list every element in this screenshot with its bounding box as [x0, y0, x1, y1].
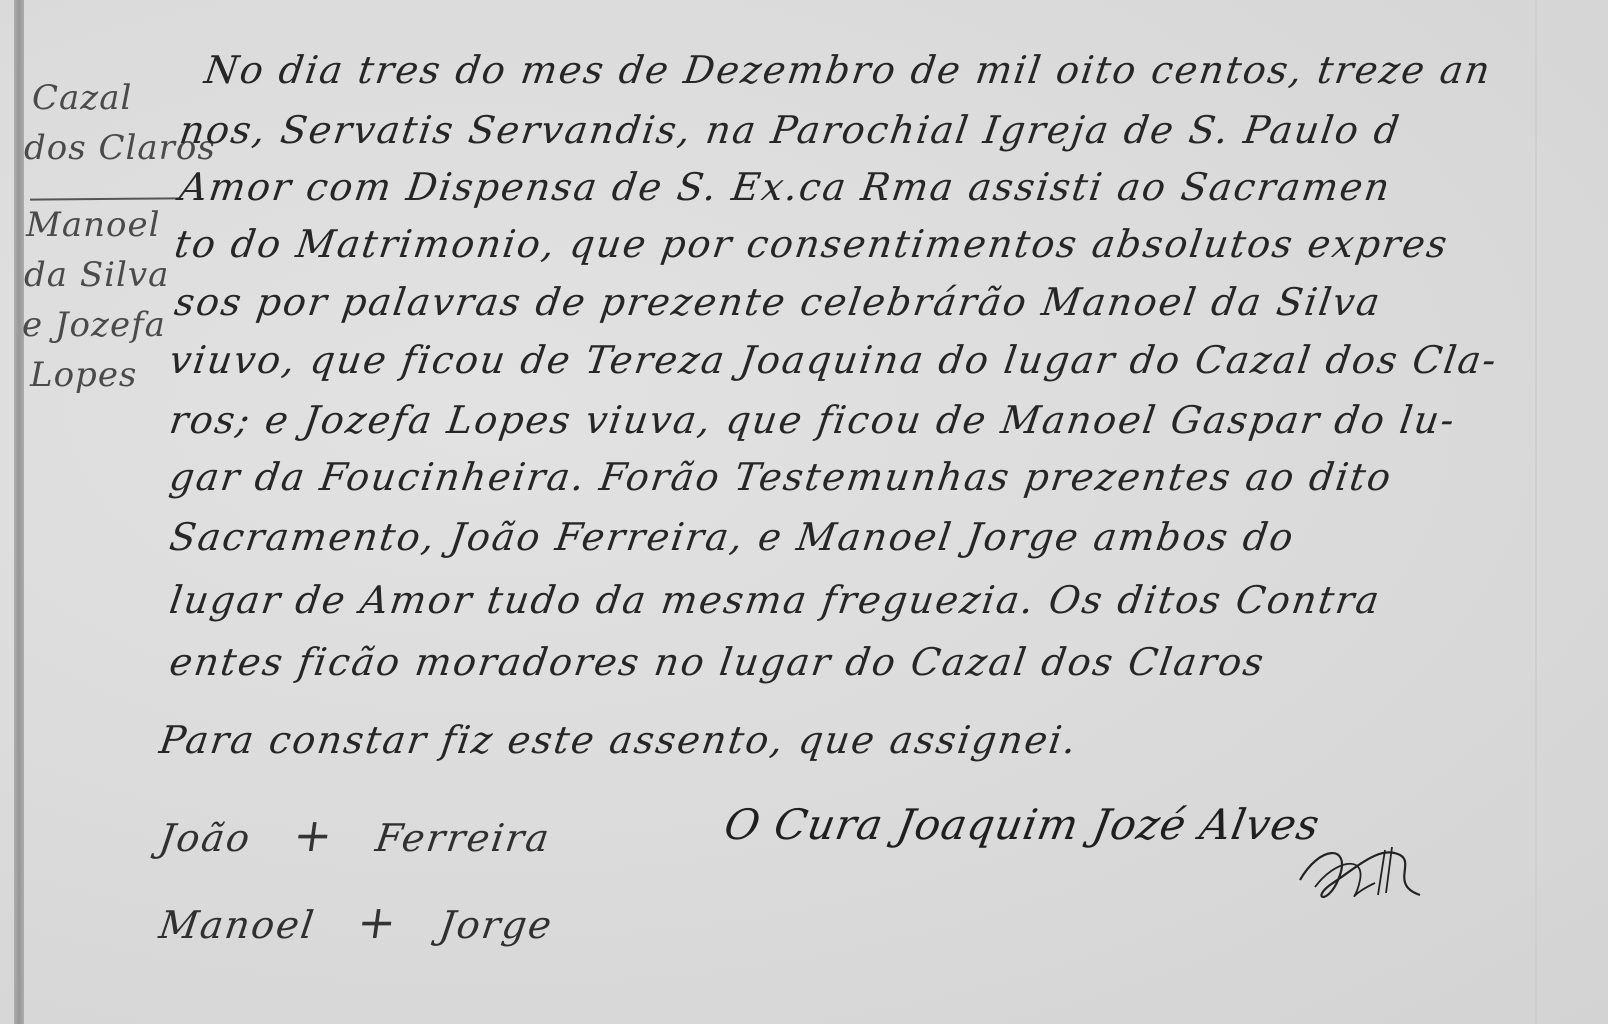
witness-signature-1: João + Ferreira [156, 808, 555, 862]
entry-line-2: nos, Servatis Servandis, na Parochial Ig… [177, 108, 1404, 152]
entry-line-7: ros; e Jozefa Lopes viuva, que ficou de … [167, 398, 1459, 442]
manuscript-page: Cazal dos Claros Manoel da Silva e Jozef… [0, 0, 1608, 1024]
entry-line-8: gar da Foucinheira. Forão Testemunhas pr… [167, 455, 1395, 499]
entry-line-1: No dia tres do mes de Dezembro de mil oi… [202, 48, 1495, 92]
cross-mark-icon: + [354, 895, 402, 949]
witness-1-first-name: João [156, 816, 254, 860]
witness-1-last-name: Ferreira [373, 816, 554, 860]
witness-2-last-name: Jorge [437, 903, 556, 947]
entry-line-12: Para constar fiz este assento, que assig… [157, 718, 1081, 762]
entry-line-5: sos por palavras de prezente celebrárão … [172, 280, 1384, 324]
witness-2-first-name: Manoel [156, 903, 318, 947]
entry-line-11: entes ficão moradores no lugar do Cazal … [167, 640, 1268, 684]
entry-line-6: viuvo, que ficou de Tereza Joaquina do l… [167, 338, 1501, 382]
cross-mark-icon: + [290, 808, 338, 862]
priest-signature: O Cura Joaquim Jozé Alves [721, 800, 1324, 849]
entry-line-4: to do Matrimonio, que por consentimentos… [172, 222, 1452, 266]
witness-signature-2: Manoel + Jorge [156, 895, 557, 949]
entry-line-9: Sacramento, João Ferreira, e Manoel Jorg… [167, 515, 1298, 559]
signature-flourish-icon [1290, 825, 1440, 905]
entry-line-3: Amor com Dispensa de S. Ex.ca Rma assist… [177, 165, 1394, 209]
entry-line-10: lugar de Amor tudo da mesma freguezia. O… [167, 578, 1384, 622]
